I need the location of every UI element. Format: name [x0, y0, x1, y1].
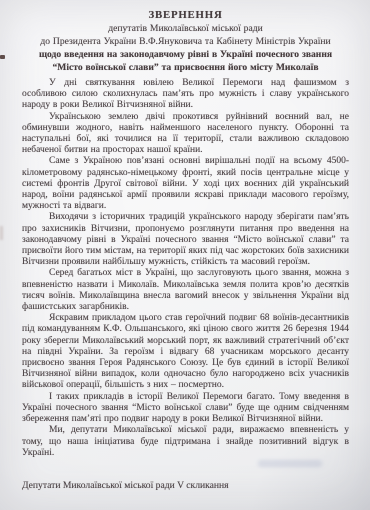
header-line-addressee-president: до Президента України В.Ф.Януковича та К…	[22, 35, 349, 48]
document-title: ЗВЕРНЕННЯ	[22, 9, 349, 21]
header-line-addressee-council: депутатів Миколаївської міської ради	[22, 22, 349, 35]
paragraph-2: Українською землею двічі прокотився руйн…	[22, 112, 349, 157]
paragraph-7: І таких прикладів в історії Великої Пере…	[22, 392, 349, 426]
scanned-document-page: ЗВЕРНЕННЯ депутатів Миколаївської місько…	[0, 0, 370, 510]
signature-line: Депутати Миколаївської міської ради V ск…	[22, 480, 349, 492]
paragraph-1: У дні святкування ювілею Великої Перемог…	[22, 78, 349, 112]
header-line-subject: щодо введення на законодавчому рівні в У…	[22, 48, 349, 61]
paragraph-3: Саме з Україною пов’язані основні виріша…	[22, 156, 349, 212]
paragraph-8: Ми, депутати Миколаївської міської ради,…	[22, 425, 349, 459]
header-line-honorary-title: “Місто воїнської слави” та присвоєння йо…	[22, 61, 349, 74]
paragraph-4: Виходячи з історичних традицій українськ…	[22, 212, 349, 268]
paragraph-5: Серед багатьох міст в Україні, що заслуг…	[22, 268, 349, 313]
document-text: У дні святкування ювілею Великої Перемог…	[22, 78, 349, 459]
document-body: ЗВЕРНЕННЯ депутатів Миколаївської місько…	[0, 0, 370, 492]
paragraph-6: Яскравим прикладом цього став героїчний …	[22, 313, 349, 391]
